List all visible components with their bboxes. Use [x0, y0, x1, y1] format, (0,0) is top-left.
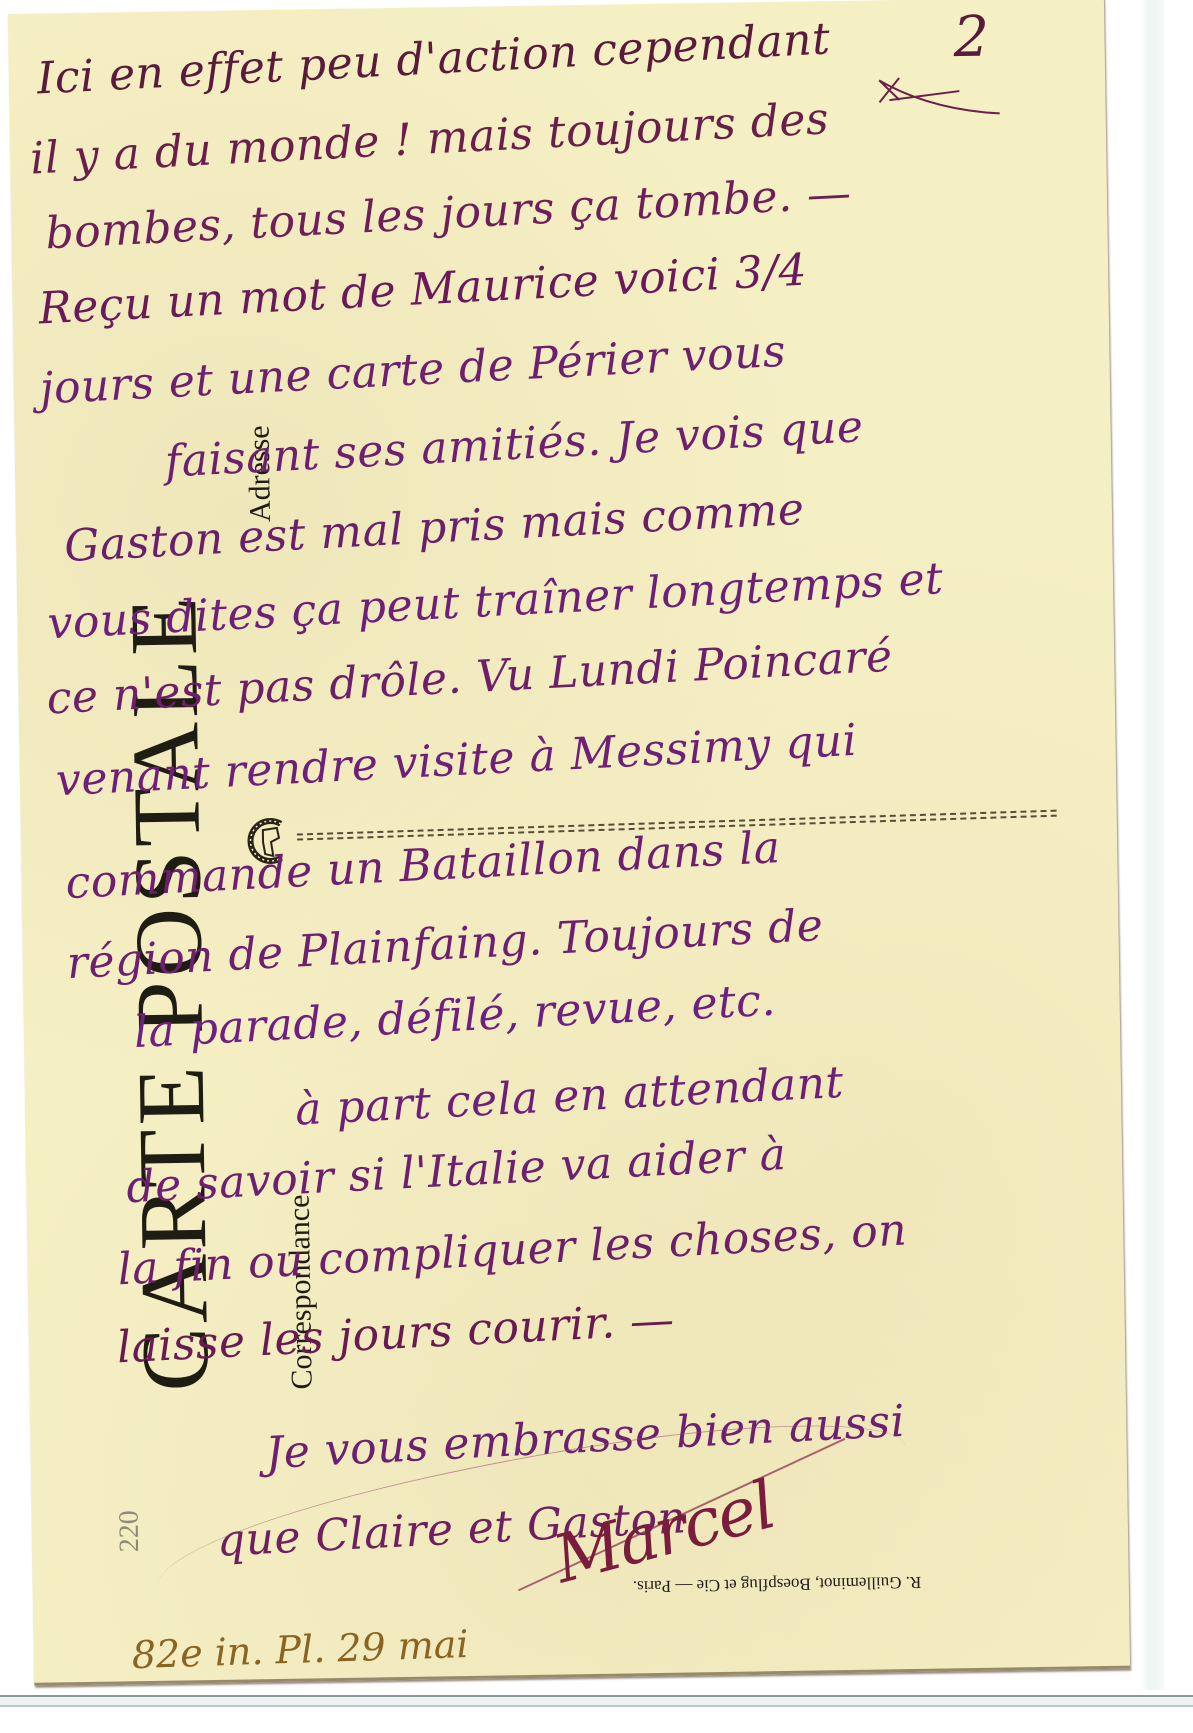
mount-sleeve-edge [1140, 0, 1164, 1690]
handwritten-line: faisant ses amitiés. Je vois que [164, 401, 865, 487]
handwritten-line: Gaston est mal pris mais comme [63, 484, 805, 572]
handwritten-line: Ici en effet peu d'action cependant [36, 13, 832, 104]
postcard: CARTE POSTALE Adresse Correspondance 2 I… [8, 0, 1130, 1686]
handwritten-line: Reçu un mot de Maurice voici 3/4 [37, 245, 808, 335]
handwritten-line: à part cela en attendant [294, 1057, 845, 1136]
publisher-imprint: R. Guilleminot, Boespflug et Cie — Paris… [633, 1572, 922, 1597]
mount-sleeve-bottom [0, 1695, 1193, 1707]
handwritten-line: il y a du monde ! mais toujours des [29, 93, 830, 184]
catalog-number: 220 [114, 1510, 147, 1552]
cross-strike-icon [869, 58, 1010, 120]
handwritten-line: la fin ou compliquer les choses, on [116, 1204, 908, 1295]
handwritten-line: la parade, défilé, revue, etc. [133, 975, 777, 1058]
handwritten-line: bombes, tous les jours ça tombe. — [44, 168, 852, 260]
scan-background: CARTE POSTALE Adresse Correspondance 2 I… [0, 0, 1193, 1733]
handwritten-line: jours et une carte de Périer vous [39, 326, 788, 415]
